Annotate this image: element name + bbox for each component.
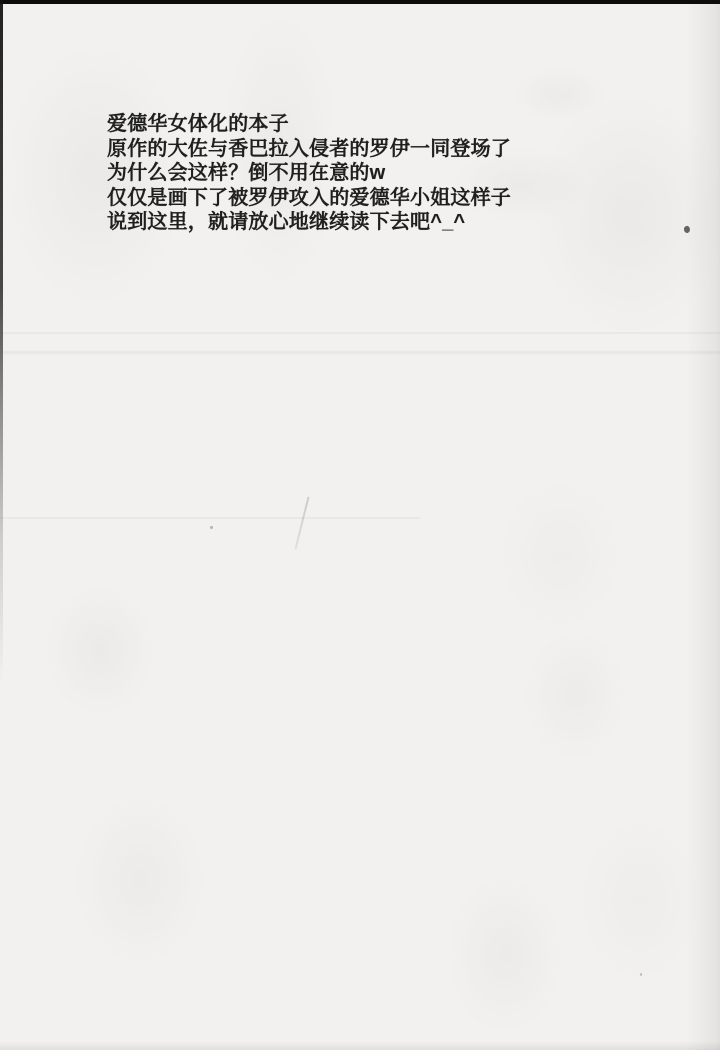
paper-scratch (294, 497, 309, 550)
paper-crease (0, 517, 420, 519)
scanned-page: 爱德华女体化的本子 原作的大佐与香巴拉入侵者的罗伊一同登场了 为什么会这样？倒不… (0, 0, 720, 1050)
dust-speck (683, 225, 691, 234)
note-line-3: 为什么会这样？倒不用在意的w (107, 161, 587, 186)
scan-shadow-bottom (0, 1041, 720, 1050)
note-line-5: 说到这里，就请放心地继续读下去吧^_^ (107, 210, 587, 235)
note-line-1: 爱德华女体化的本子 (107, 112, 587, 137)
scan-edge-left (0, 0, 3, 720)
scan-border-top (0, 0, 720, 4)
paper-crease (0, 351, 720, 354)
translator-note: 爱德华女体化的本子 原作的大佐与香巴拉入侵者的罗伊一同登场了 为什么会这样？倒不… (107, 112, 587, 235)
note-line-2: 原作的大佐与香巴拉入侵者的罗伊一同登场了 (107, 137, 587, 162)
dust-speck (640, 973, 642, 976)
paper-crease (0, 332, 720, 334)
note-line-4: 仅仅是画下了被罗伊攻入的爱德华小姐这样子 (107, 186, 587, 211)
dust-speck (210, 526, 213, 529)
